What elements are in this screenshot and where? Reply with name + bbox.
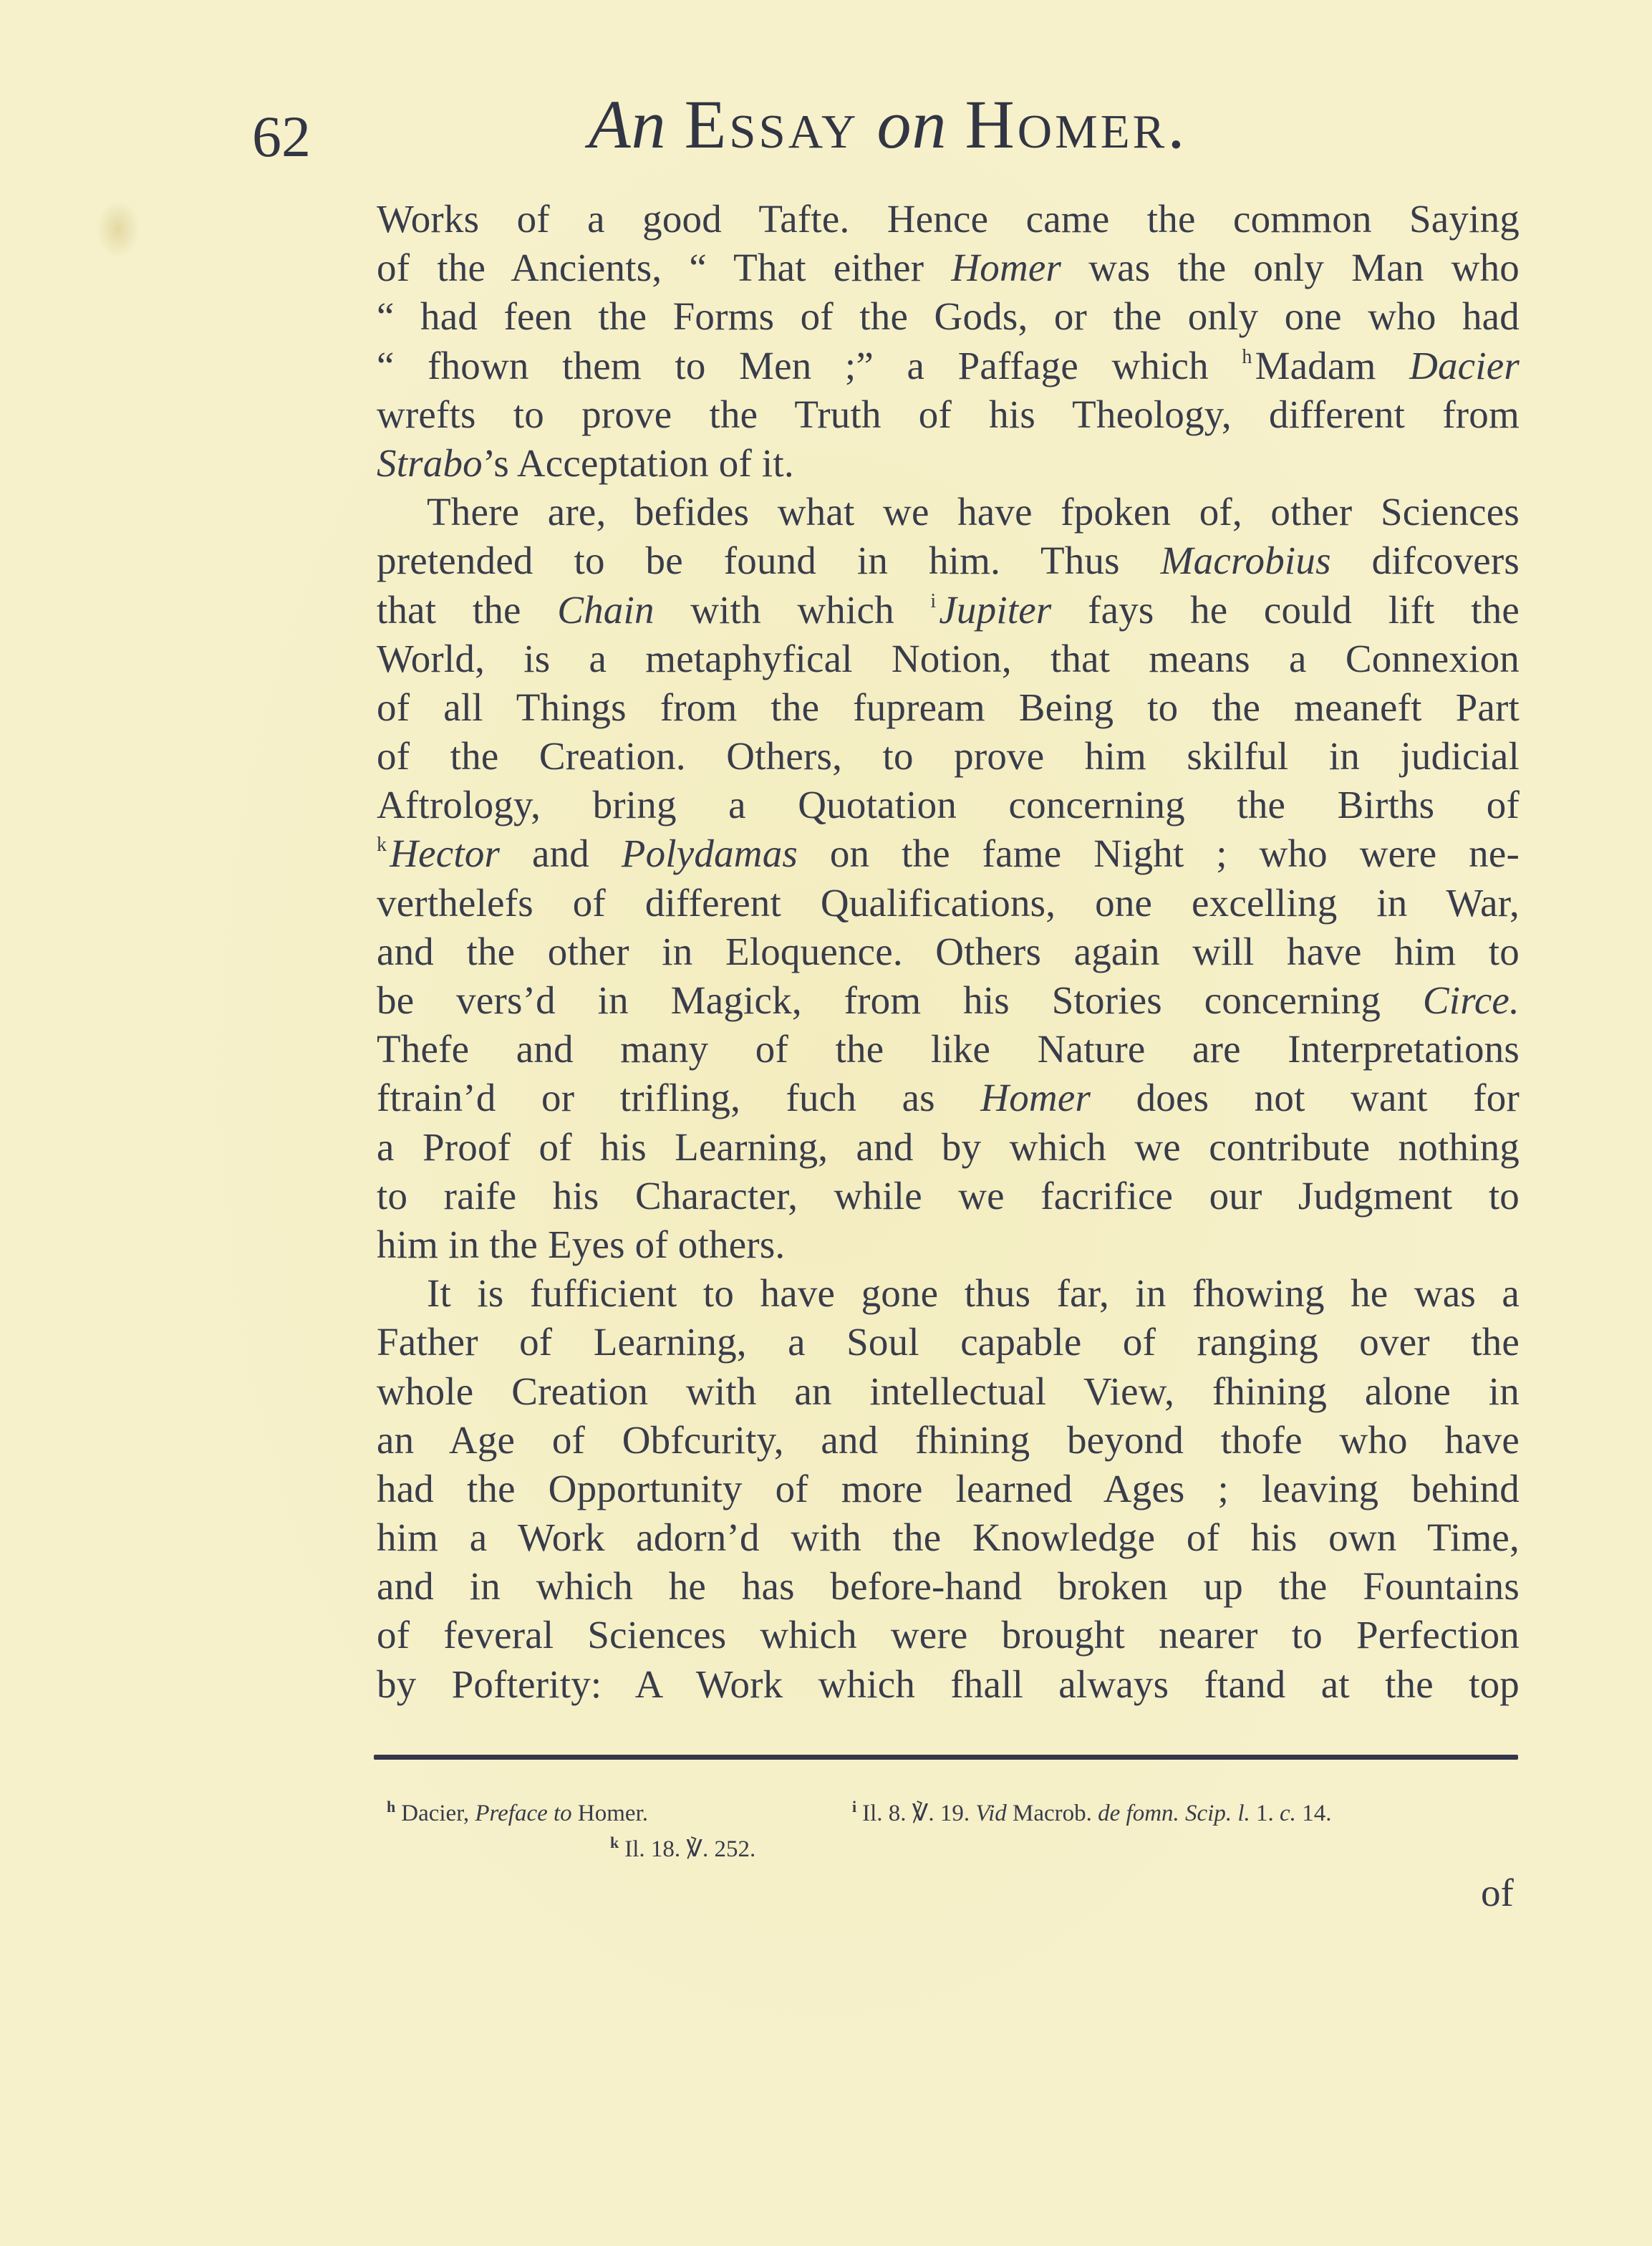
- book-page: 62 An Essay on Homer. Works of a good Ta…: [0, 0, 1652, 2246]
- text-run: It is fufficient to have gone thus far, …: [427, 1271, 1520, 1315]
- italic-text: Jupiter: [939, 588, 1051, 632]
- text-run: Aftrology, bring a Quotation concerning …: [377, 783, 1520, 826]
- text-line: World, is a metaphyfical Notion, that me…: [377, 635, 1520, 683]
- text-line: wrefts to prove the Truth of his Theolog…: [377, 390, 1520, 439]
- text-run: to raife his Character, while we facrifi…: [377, 1174, 1520, 1218]
- footnote-row-2: kIl. 18. ℣. 252.: [387, 1825, 1518, 1861]
- text-line: of the Creation. Others, to prove him sk…: [377, 732, 1520, 781]
- text-run: of the Creation. Others, to prove him sk…: [377, 734, 1520, 778]
- text-run: on the fame Night ; who were ne-: [798, 832, 1520, 875]
- text-run: an Age of Obfcurity, and fhining beyond …: [377, 1418, 1520, 1462]
- text-line: him a Work adorn’d with the Knowledge of…: [377, 1513, 1520, 1562]
- text-line: Strabo’s Acceptation of it.: [377, 439, 1520, 488]
- text-run: World, is a metaphyfical Notion, that me…: [377, 637, 1520, 680]
- text-run: Thefe and many of the like Nature are In…: [377, 1027, 1520, 1071]
- text-run: Il. 18. ℣. 252.: [624, 1836, 755, 1862]
- text-run: Il. 8. ℣. 19.: [862, 1801, 975, 1826]
- italic-text: Macrobius: [1161, 539, 1331, 582]
- body-text: Works of a good Tafte. Hence came the co…: [377, 195, 1520, 1709]
- text-run: him in the Eyes of others.: [377, 1223, 785, 1266]
- italic-text: Polydamas: [622, 832, 798, 875]
- footnote-marker: k: [610, 1833, 619, 1851]
- running-title: An Essay on Homer.: [589, 90, 1187, 159]
- text-line: a Proof of his Learning, and by which we…: [377, 1123, 1520, 1172]
- text-run: difcovers: [1331, 539, 1520, 582]
- text-line: and in which he has before-hand broken u…: [377, 1562, 1520, 1611]
- text-line: verthelefs of different Qualifications, …: [377, 879, 1520, 927]
- text-line: that the Chain with which iJupiter fays …: [377, 586, 1520, 635]
- italic-text: Vid: [975, 1801, 1006, 1826]
- text-run: of the Ancients, “ That either: [377, 246, 951, 289]
- text-line: to raife his Character, while we facrifi…: [377, 1172, 1520, 1220]
- text-run: does not want for: [1091, 1076, 1520, 1119]
- text-run: of feveral Sciences which were brought n…: [377, 1613, 1520, 1657]
- catchword: of: [1481, 1873, 1514, 1912]
- text-run: “ fhown them to Men ;” a Paffage which: [377, 344, 1242, 387]
- text-run: him a Work adorn’d with the Knowledge of…: [377, 1515, 1520, 1559]
- footnote-reference-k: k: [377, 834, 387, 856]
- text-run: a Proof of his Learning, and by which we…: [377, 1125, 1520, 1169]
- text-run: Homer.: [572, 1801, 648, 1826]
- text-run: pretended to be found in him. Thus: [377, 539, 1161, 582]
- text-line: ftrain’d or trifling, fuch as Homer does…: [377, 1074, 1520, 1122]
- footnote-reference-i: i: [930, 590, 936, 612]
- footnote-marker: h: [387, 1798, 395, 1816]
- title-word-homer: Homer.: [965, 86, 1187, 163]
- text-run: “ had feen the Forms of the Gods, or the…: [377, 294, 1520, 338]
- page-number: 62: [252, 107, 311, 166]
- title-word-essay: Essay: [685, 86, 859, 163]
- text-line: him in the Eyes of others.: [377, 1220, 1520, 1269]
- text-run: and the other in Eloquence. Others again…: [377, 930, 1520, 973]
- page-header: 62 An Essay on Homer.: [0, 86, 1652, 179]
- italic-text: Chain: [557, 588, 654, 632]
- text-run: of all Things from the fupream Being to …: [377, 685, 1520, 729]
- footnotes: hDacier, Preface to Homer. iIl. 8. ℣. 19…: [387, 1789, 1518, 1861]
- italic-text: de fomn. Scip. l.: [1098, 1801, 1250, 1826]
- text-run: There are, befides what we have fpoken o…: [427, 490, 1520, 534]
- text-run: fays he could lift the: [1052, 588, 1520, 632]
- text-line: “ had feen the Forms of the Gods, or the…: [377, 292, 1520, 341]
- text-line: an Age of Obfcurity, and fhining beyond …: [377, 1416, 1520, 1465]
- text-line: be vers’d in Magick, from his Stories co…: [377, 976, 1520, 1025]
- text-run: 14.: [1296, 1801, 1332, 1826]
- italic-text: c.: [1280, 1801, 1296, 1826]
- text-line: There are, befides what we have fpoken o…: [377, 488, 1520, 536]
- text-line: of all Things from the fupream Being to …: [377, 683, 1520, 732]
- italic-text: Dacier: [1409, 344, 1520, 387]
- text-line: Aftrology, bring a Quotation concerning …: [377, 781, 1520, 829]
- text-run: ’s Acceptation of it.: [483, 441, 794, 485]
- text-run: verthelefs of different Qualifications, …: [377, 881, 1520, 925]
- text-run: Macrob.: [1007, 1801, 1098, 1826]
- footnote-reference-h: h: [1242, 346, 1252, 368]
- footnote-marker: i: [852, 1798, 856, 1816]
- text-run: ftrain’d or trifling, fuch as: [377, 1076, 980, 1119]
- text-run: had the Opportunity of more learned Ages…: [377, 1467, 1520, 1510]
- text-line: Father of Learning, a Soul capable of ra…: [377, 1318, 1520, 1367]
- text-run: with which: [654, 588, 931, 632]
- italic-text: Preface to: [475, 1801, 571, 1826]
- title-word-on: on: [876, 86, 947, 163]
- footnote-row-1: hDacier, Preface to Homer. iIl. 8. ℣. 19…: [387, 1789, 1518, 1825]
- text-line: Thefe and many of the like Nature are In…: [377, 1025, 1520, 1074]
- text-run: Dacier,: [401, 1801, 475, 1826]
- text-run: and in which he has before-hand broken u…: [377, 1564, 1520, 1608]
- text-run: wrefts to prove the Truth of his Theolog…: [377, 392, 1520, 436]
- text-run: Father of Learning, a Soul capable of ra…: [377, 1320, 1520, 1364]
- italic-text: Hector: [390, 832, 500, 875]
- text-line: Works of a good Tafte. Hence came the co…: [377, 195, 1520, 244]
- text-line: of the Ancients, “ That either Homer was…: [377, 244, 1520, 292]
- text-line: had the Opportunity of more learned Ages…: [377, 1465, 1520, 1513]
- text-run: whole Creation with an intellectual View…: [377, 1369, 1520, 1413]
- text-run: and: [500, 832, 622, 875]
- text-run: be vers’d in Magick, from his Stories co…: [377, 978, 1423, 1022]
- title-word-an: An: [589, 86, 667, 163]
- footnote-rule: [374, 1755, 1518, 1760]
- text-line: It is fufficient to have gone thus far, …: [377, 1269, 1520, 1318]
- text-run: was the only Man who: [1061, 246, 1520, 289]
- text-run: Madam: [1255, 344, 1410, 387]
- text-run: Works of a good Tafte. Hence came the co…: [377, 197, 1520, 241]
- text-run: by Pofterity: A Work which fhall always …: [377, 1662, 1520, 1706]
- italic-text: Strabo: [377, 441, 483, 485]
- footnote-k: kIl. 18. ℣. 252.: [610, 1825, 755, 1867]
- text-line: pretended to be found in him. Thus Macro…: [377, 536, 1520, 585]
- text-line: “ fhown them to Men ;” a Paffage which h…: [377, 342, 1520, 390]
- text-run: that the: [377, 588, 557, 632]
- text-line: whole Creation with an intellectual View…: [377, 1367, 1520, 1416]
- italic-text: Homer: [951, 246, 1061, 289]
- text-line: by Pofterity: A Work which fhall always …: [377, 1660, 1520, 1709]
- italic-text: Circe.: [1423, 978, 1520, 1022]
- text-line: of feveral Sciences which were brought n…: [377, 1611, 1520, 1659]
- text-line: kHector and Polydamas on the fame Night …: [377, 829, 1520, 878]
- text-line: and the other in Eloquence. Others again…: [377, 927, 1520, 976]
- italic-text: Homer: [980, 1076, 1091, 1119]
- text-run: 1.: [1250, 1801, 1280, 1826]
